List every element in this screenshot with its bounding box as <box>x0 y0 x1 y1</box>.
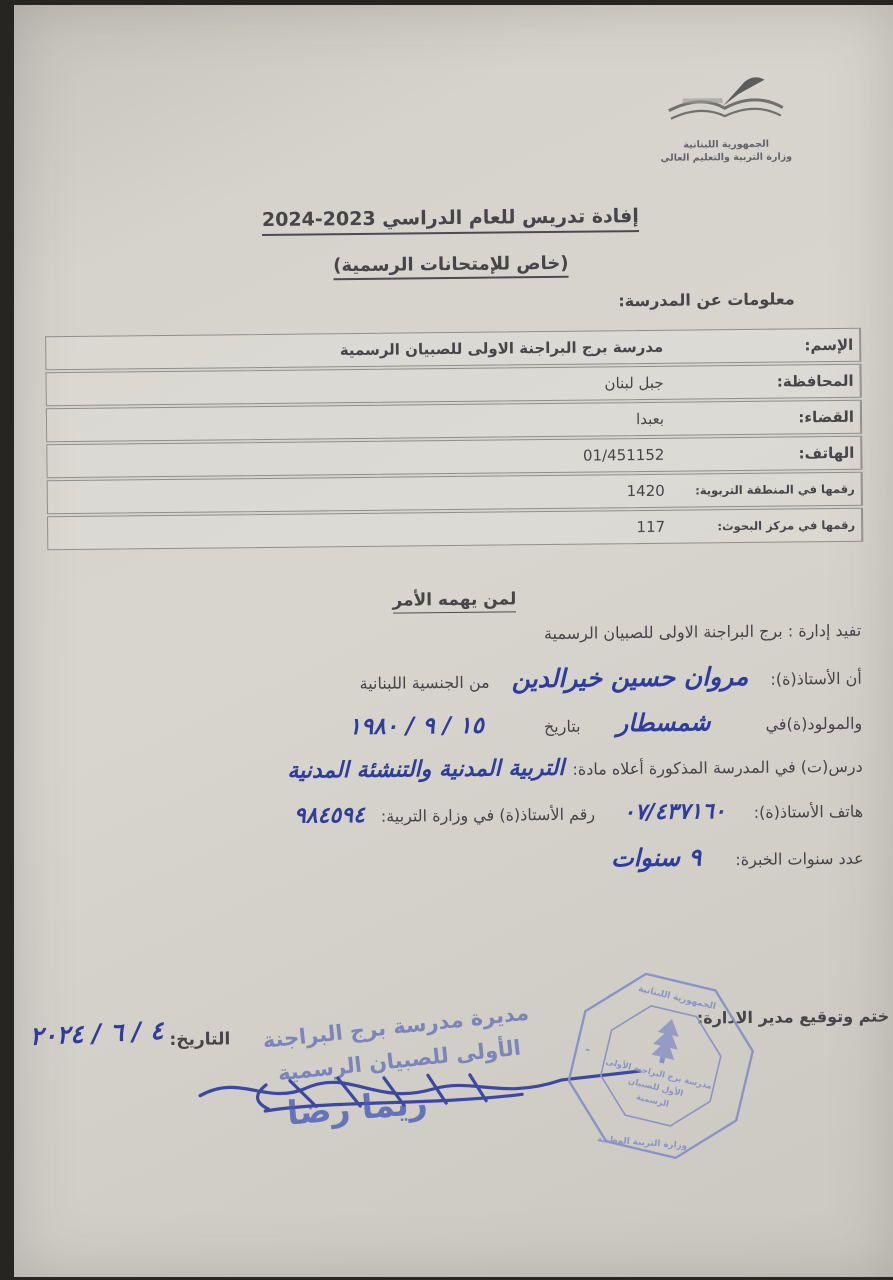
teacher-line: أن الأستاذ(ة): مروان حسين خيرالدين من ال… <box>46 666 862 703</box>
experience-label: عدد سنوات الخبرة: <box>735 849 864 870</box>
letter-intro-line: تفيد إدارة : برج البراجنة الاولى للصبيان… <box>45 621 861 658</box>
page-content: الجمهورية اللبنانية وزارة التربية والتعل… <box>9 0 893 1280</box>
subject-handwritten: التربية المدنية والتنشئة المدنية <box>287 759 564 782</box>
teacher-label: أن الأستاذ(ة): <box>770 669 862 690</box>
experience-handwritten: ٩ سنوات <box>611 847 701 868</box>
table-row-value: بعبدا <box>47 410 676 435</box>
table-row: رقمها في المنطقة التربوية:1420 <box>47 472 863 515</box>
school-info-heading: معلومات عن المدرسة: <box>618 289 795 310</box>
table-row-value: جبل لبنان <box>47 374 676 399</box>
table-row-value: مدرسة برج البراجنة الاولى للصبيان الرسمي… <box>46 338 675 363</box>
subject-line: درس(ت) في المدرسة المذكورة أعلاه مادة: ا… <box>47 756 863 793</box>
birth-place-handwritten: شمسطار <box>616 712 710 733</box>
birth-line: والمولود(ة)في شمسطار بتاريخ ١٥ / ٩ / ١٩٨… <box>46 711 862 748</box>
birth-date-handwritten: ١٥ / ٩ / ١٩٨٠ <box>348 716 484 737</box>
nationality-text: من الجنسية اللبنانية <box>359 673 489 694</box>
subject-label: درس(ت) في المدرسة المذكورة أعلاه مادة: <box>572 757 862 780</box>
table-row: الإسم:مدرسة برج البراجنة الاولى للصبيان … <box>45 328 861 371</box>
birth-label: والمولود(ة)في <box>765 714 862 735</box>
seal-octagon: الجمهورية اللبنانية وزارة التربية الوطني… <box>562 960 760 1172</box>
document-title: إفادة تدريس للعام الدراسي 2023-2024 <box>262 205 639 236</box>
table-row-label: رقمها في المنطقة التربوية: <box>677 473 862 507</box>
phone-label: هاتف الأستاذ(ة): <box>754 802 864 823</box>
experience-line: عدد سنوات الخبرة: ٩ سنوات <box>48 846 864 883</box>
letter-body: تفيد إدارة : برج البراجنة الاولى للصبيان… <box>45 621 864 900</box>
table-row: رقمها في مركز البحوث:117 <box>47 508 863 551</box>
teacher-name-handwritten: مروان حسين خيرالدين <box>512 667 749 689</box>
intro-text: تفيد إدارة : برج البراجنة الاولى للصبيان… <box>544 621 861 644</box>
document-subtitle: (خاص للإمتحانات الرسمية) <box>333 253 569 280</box>
table-row-value: 117 <box>48 518 677 543</box>
to-whom-heading: لمن يهمه الأمر <box>15 585 893 617</box>
table-row: الهاتف:01/451152 <box>46 436 862 479</box>
ministry-name-line2: وزارة التربية والتعليم العالي <box>641 150 811 165</box>
seal-dash: - <box>584 1042 592 1057</box>
table-row: المحافظة:جبل لبنان <box>45 364 861 407</box>
ministry-no-label: رقم الأستاذ(ة) في وزارة التربية: <box>381 805 595 827</box>
phone-handwritten: ٠٧/٤٣٧١٦٠ <box>623 802 726 823</box>
to-whom-heading-text: لمن يهمه الأمر <box>392 589 516 613</box>
table-row-label: رقمها في مركز البحوث: <box>677 509 862 543</box>
table-row-label: الإسم: <box>675 329 860 363</box>
table-row-label: المحافظة: <box>675 365 860 399</box>
table-row-label: الهاتف: <box>676 437 861 471</box>
birth-date-label: بتاريخ <box>544 717 581 737</box>
ministry-no-handwritten: ٩٨٤٥٩٤ <box>294 806 365 827</box>
scanned-page: الجمهورية اللبنانية وزارة التربية والتعل… <box>14 5 893 1277</box>
ministry-header: الجمهورية اللبنانية وزارة التربية والتعل… <box>640 75 811 165</box>
seal-inner-line3: الرسمية <box>635 1091 670 1109</box>
open-book-logo-icon <box>660 75 791 134</box>
cedar-icon <box>649 1016 684 1066</box>
official-seal: الجمهورية اللبنانية وزارة التربية الوطني… <box>562 960 760 1172</box>
document-title-block: إفادة تدريس للعام الدراسي 2023-2024 (خاص… <box>11 202 891 283</box>
table-row-value: 1420 <box>48 482 677 507</box>
table-row-label: القضاء: <box>676 401 861 435</box>
table-row-value: 01/451152 <box>47 446 676 471</box>
school-table: الإسم:مدرسة برج البراجنة الاولى للصبيان … <box>45 328 863 553</box>
table-row: القضاء:بعبدا <box>46 400 862 443</box>
contact-line: هاتف الأستاذ(ة): ٠٧/٤٣٧١٦٠ رقم الأستاذ(ة… <box>47 801 863 838</box>
